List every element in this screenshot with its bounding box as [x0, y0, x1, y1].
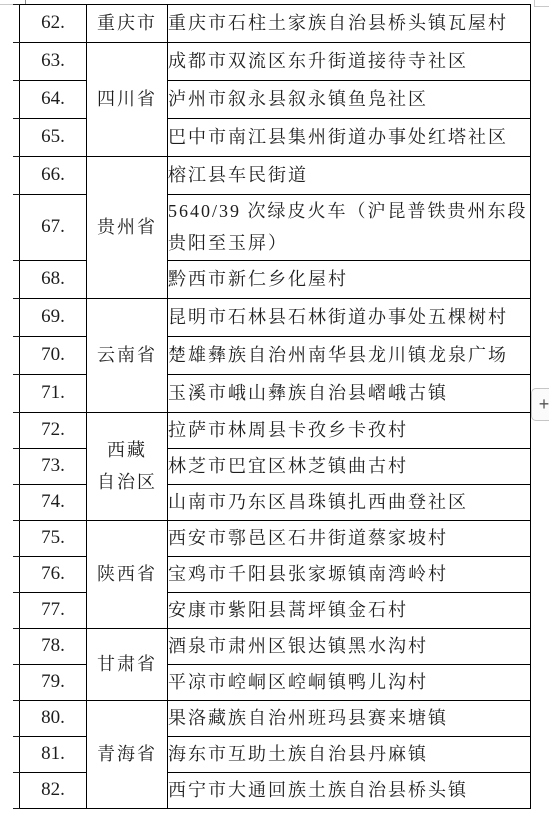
top-right-border-artifact	[534, 6, 549, 7]
site-cell: 西宁市大通回族土族自治县桥头镇	[168, 773, 531, 809]
table-row: 75. 陕西省 西安市鄠邑区石井街道蔡家坡村	[20, 521, 531, 557]
province-cell: 西藏 自治区	[87, 413, 168, 521]
row-border-overhang	[13, 80, 20, 81]
row-border-overhang	[13, 556, 20, 557]
row-number-cell: 75.	[20, 521, 87, 557]
row-number-cell: 70.	[20, 337, 87, 375]
table-row: 63. 四川省 成都市双流区东升街道接待寺社区	[20, 43, 531, 81]
site-cell: 山南市乃东区昌珠镇扎西曲登社区	[168, 485, 531, 521]
site-cell: 海东市互助土族自治县丹麻镇	[168, 737, 531, 773]
row-border-overhang	[13, 260, 20, 261]
row-border-overhang	[13, 156, 20, 157]
site-cell: 昆明市石林县石林街道办事处五棵树村	[168, 299, 531, 337]
row-number-cell: 66.	[20, 157, 87, 195]
table-row: 72. 西藏 自治区 拉萨市林周县卡孜乡卡孜村	[20, 413, 531, 449]
site-cell: 楚雄彝族自治州南华县龙川镇龙泉广场	[168, 337, 531, 375]
row-number-cell: 80.	[20, 701, 87, 737]
row-border-overhang	[13, 118, 20, 119]
table-row: 78. 甘肃省 酒泉市肃州区银达镇黑水沟村	[20, 629, 531, 665]
province-cell: 甘肃省	[87, 629, 168, 701]
row-border-overhang	[13, 448, 20, 449]
site-cell: 酒泉市肃州区银达镇黑水沟村	[168, 629, 531, 665]
row-border-overhang	[13, 42, 20, 43]
row-number-cell: 77.	[20, 593, 87, 629]
document-page: { "page": { "background": "#ffffff", "bo…	[0, 0, 549, 817]
row-number-cell: 82.	[20, 773, 87, 809]
site-cell: 榕江县车民街道	[168, 157, 531, 195]
plus-icon: +	[539, 394, 549, 415]
province-cell: 贵州省	[87, 157, 168, 299]
province-cell: 四川省	[87, 43, 168, 157]
row-border-overhang	[13, 592, 20, 593]
row-border-overhang	[13, 412, 20, 413]
row-number-cell: 79.	[20, 665, 87, 701]
row-border-overhang	[13, 700, 20, 701]
row-number-cell: 63.	[20, 43, 87, 81]
row-number-cell: 72.	[20, 413, 87, 449]
province-cell: 青海省	[87, 701, 168, 809]
row-number-cell: 71.	[20, 375, 87, 413]
site-cell: 果洛藏族自治州班玛县赛来塘镇	[168, 701, 531, 737]
row-border-overhang	[13, 520, 20, 521]
table-row: 80. 青海省 果洛藏族自治州班玛县赛来塘镇	[20, 701, 531, 737]
row-number-cell: 62.	[20, 5, 87, 43]
row-number-cell: 78.	[20, 629, 87, 665]
expand-plus-button[interactable]: +	[531, 388, 549, 421]
site-cell: 平凉市崆峒区崆峒镇鸭儿沟村	[168, 665, 531, 701]
site-cell: 林芝市巴宜区林芝镇曲古村	[168, 449, 531, 485]
row-border-overhang	[13, 736, 20, 737]
site-cell: 西安市鄠邑区石井街道蔡家坡村	[168, 521, 531, 557]
row-number-cell: 81.	[20, 737, 87, 773]
row-number-cell: 65.	[20, 119, 87, 157]
row-number-cell: 73.	[20, 449, 87, 485]
site-cell: 拉萨市林周县卡孜乡卡孜村	[168, 413, 531, 449]
row-number-cell: 64.	[20, 81, 87, 119]
row-number-cell: 68.	[20, 261, 87, 299]
site-cell: 黔西市新仁乡化屋村	[168, 261, 531, 299]
province-cell: 陕西省	[87, 521, 168, 629]
row-border-overhang	[13, 664, 20, 665]
province-site-table: 62. 重庆市 重庆市石柱土家族自治县桥头镇瓦屋村 63. 四川省 成都市双流区…	[19, 4, 531, 809]
row-border-overhang	[13, 4, 20, 5]
site-cell: 成都市双流区东升街道接待寺社区	[168, 43, 531, 81]
row-number-cell: 67.	[20, 195, 87, 261]
site-cell: 宝鸡市千阳县张家塬镇南湾岭村	[168, 557, 531, 593]
row-border-overhang	[13, 628, 20, 629]
row-border-overhang	[13, 808, 20, 809]
row-border-overhang	[13, 194, 20, 195]
row-number-cell: 76.	[20, 557, 87, 593]
row-border-overhang	[13, 298, 20, 299]
site-cell: 巴中市南江县集州街道办事处红塔社区	[168, 119, 531, 157]
row-number-cell: 69.	[20, 299, 87, 337]
province-cell: 云南省	[87, 299, 168, 413]
table-row: 69. 云南省 昆明市石林县石林街道办事处五棵树村	[20, 299, 531, 337]
site-cell: 泸州市叙永县叙永镇鱼凫社区	[168, 81, 531, 119]
row-border-overhang	[13, 484, 20, 485]
table-row: 62. 重庆市 重庆市石柱土家族自治县桥头镇瓦屋村	[20, 5, 531, 43]
row-border-overhang	[13, 336, 20, 337]
province-cell: 重庆市	[87, 5, 168, 43]
site-cell: 玉溪市峨山彝族自治县嶍峨古镇	[168, 375, 531, 413]
table-row: 66. 贵州省 榕江县车民街道	[20, 157, 531, 195]
site-cell: 重庆市石柱土家族自治县桥头镇瓦屋村	[168, 5, 531, 43]
site-cell: 5640/39 次绿皮火车（沪昆普铁贵州东段 贵阳至玉屏）	[168, 195, 531, 261]
row-border-overhang	[13, 374, 20, 375]
site-cell: 安康市紫阳县蒿坪镇金石村	[168, 593, 531, 629]
row-border-overhang	[13, 772, 20, 773]
row-number-cell: 74.	[20, 485, 87, 521]
